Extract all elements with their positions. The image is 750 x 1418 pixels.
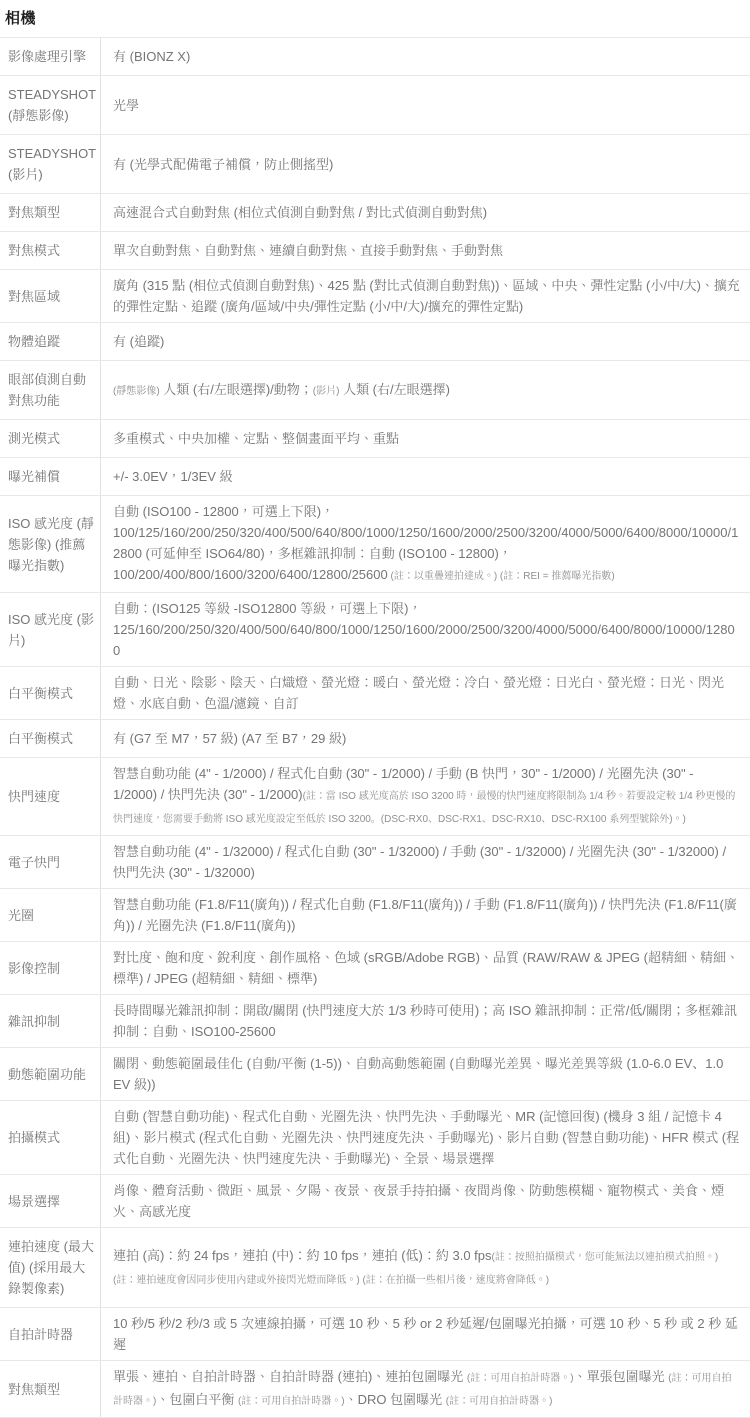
spec-label: 雜訊抑制	[0, 995, 100, 1047]
spec-value: 有 (G7 至 M7，57 級) (A7 至 B7，29 級)	[100, 720, 750, 757]
spec-row: 物體追蹤有 (追蹤)	[0, 323, 750, 361]
spec-label: 白平衡模式	[0, 720, 100, 757]
spec-row: 對焦類型單張、連拍、自拍計時器、自拍計時器 (連拍)、連拍包圍曝光 (註：可用自…	[0, 1361, 750, 1418]
spec-value: (靜態影像) 人類 (右/左眼選擇)/動物；(影片) 人類 (右/左眼選擇)	[100, 361, 750, 419]
spec-value: 自動 (ISO100 - 12800，可選上下限)，100/125/160/20…	[100, 496, 750, 592]
spec-label: 連拍速度 (最大值) (採用最大 錄製像素)	[0, 1228, 100, 1307]
spec-value: 自動：(ISO125 等級 -ISO12800 等級，可選上下限)，125/16…	[100, 593, 750, 666]
spec-value: 單張、連拍、自拍計時器、自拍計時器 (連拍)、連拍包圍曝光 (註：可用自拍計時器…	[100, 1361, 750, 1417]
spec-row: 連拍速度 (最大值) (採用最大 錄製像素)連拍 (高)：約 24 fps，連拍…	[0, 1228, 750, 1308]
spec-value: 智慧自動功能 (4" - 1/2000) / 程式化自動 (30" - 1/20…	[100, 758, 750, 835]
spec-value: 關閉、動態範圍最佳化 (自動/平衡 (1-5))、自動高動態範圍 (自動曝光差異…	[100, 1048, 750, 1100]
spec-value: 有 (追蹤)	[100, 323, 750, 360]
spec-row: 對焦區域廣角 (315 點 (相位式偵測自動對焦)、425 點 (對比式偵測自動…	[0, 270, 750, 323]
spec-row: 光圈智慧自動功能 (F1.8/F11(廣角)) / 程式化自動 (F1.8/F1…	[0, 889, 750, 942]
spec-row: ISO 感光度 (影片)自動：(ISO125 等級 -ISO12800 等級，可…	[0, 593, 750, 667]
spec-row: 測光模式多重模式、中央加權、定點、整個畫面平均、重點	[0, 420, 750, 458]
spec-label: 影像處理引擎	[0, 38, 100, 75]
spec-value: 光學	[100, 76, 750, 134]
spec-row: 眼部偵測自動對焦功能(靜態影像) 人類 (右/左眼選擇)/動物；(影片) 人類 …	[0, 361, 750, 420]
spec-row: ISO 感光度 (靜態影像) (推薦曝光指數)自動 (ISO100 - 1280…	[0, 496, 750, 593]
spec-label: 對焦類型	[0, 194, 100, 231]
spec-value: 有 (BIONZ X)	[100, 38, 750, 75]
spec-label: STEADYSHOT (影片)	[0, 135, 100, 193]
spec-row: 場景選擇肖像、體育活動、微距、風景、夕陽、夜景、夜景手持拍攝、夜間肖像、防動態模…	[0, 1175, 750, 1228]
spec-label: 測光模式	[0, 420, 100, 457]
spec-value: 有 (光學式配備電子補償，防止側搖型)	[100, 135, 750, 193]
spec-label: STEADYSHOT (靜態影像)	[0, 76, 100, 134]
spec-row: 白平衡模式有 (G7 至 M7，57 級) (A7 至 B7，29 級)	[0, 720, 750, 758]
spec-row: 影像控制對比度、飽和度、銳利度、創作風格、色域 (sRGB/Adobe RGB)…	[0, 942, 750, 995]
spec-value: 高速混合式自動對焦 (相位式偵測自動對焦 / 對比式偵測自動對焦)	[100, 194, 750, 231]
spec-label: ISO 感光度 (影片)	[0, 593, 100, 666]
spec-label: 眼部偵測自動對焦功能	[0, 361, 100, 419]
spec-table: 影像處理引擎有 (BIONZ X)STEADYSHOT (靜態影像)光學STEA…	[0, 37, 750, 1418]
spec-value: 智慧自動功能 (F1.8/F11(廣角)) / 程式化自動 (F1.8/F11(…	[100, 889, 750, 941]
spec-label: 快門速度	[0, 758, 100, 835]
spec-row: 對焦類型高速混合式自動對焦 (相位式偵測自動對焦 / 對比式偵測自動對焦)	[0, 194, 750, 232]
spec-label: 光圈	[0, 889, 100, 941]
spec-row: 白平衡模式自動、日光、陰影、陰天、白熾燈、螢光燈：暖白、螢光燈：冷白、螢光燈：日…	[0, 667, 750, 720]
spec-label: 影像控制	[0, 942, 100, 994]
spec-value: 自動、日光、陰影、陰天、白熾燈、螢光燈：暖白、螢光燈：冷白、螢光燈：日光白、螢光…	[100, 667, 750, 719]
spec-row: 電子快門智慧自動功能 (4" - 1/32000) / 程式化自動 (30" -…	[0, 836, 750, 889]
spec-label: 拍攝模式	[0, 1101, 100, 1174]
spec-row: 曝光補償+/- 3.0EV，1/3EV 級	[0, 458, 750, 496]
spec-value: 單次自動對焦、自動對焦、連續自動對焦、直接手動對焦、手動對焦	[100, 232, 750, 269]
spec-value: 多重模式、中央加權、定點、整個畫面平均、重點	[100, 420, 750, 457]
spec-row: 雜訊抑制長時間曝光雜訊抑制：開啟/關閉 (快門速度大於 1/3 秒時可使用)；高…	[0, 995, 750, 1048]
spec-label: 電子快門	[0, 836, 100, 888]
spec-row: 拍攝模式自動 (智慧自動功能)、程式化自動、光圈先決、快門先決、手動曝光、MR …	[0, 1101, 750, 1175]
spec-value: 廣角 (315 點 (相位式偵測自動對焦)、425 點 (對比式偵測自動對焦))…	[100, 270, 750, 322]
spec-page: 相機 影像處理引擎有 (BIONZ X)STEADYSHOT (靜態影像)光學S…	[0, 0, 750, 1418]
spec-row: 自拍計時器10 秒/5 秒/2 秒/3 或 5 次連線拍攝，可選 10 秒、5 …	[0, 1308, 750, 1361]
spec-row: STEADYSHOT (靜態影像)光學	[0, 76, 750, 135]
spec-label: 物體追蹤	[0, 323, 100, 360]
spec-value: +/- 3.0EV，1/3EV 級	[100, 458, 750, 495]
spec-row: 快門速度智慧自動功能 (4" - 1/2000) / 程式化自動 (30" - …	[0, 758, 750, 836]
spec-value: 智慧自動功能 (4" - 1/32000) / 程式化自動 (30" - 1/3…	[100, 836, 750, 888]
spec-value: 肖像、體育活動、微距、風景、夕陽、夜景、夜景手持拍攝、夜間肖像、防動態模糊、寵物…	[100, 1175, 750, 1227]
spec-label: 對焦模式	[0, 232, 100, 269]
spec-row: 影像處理引擎有 (BIONZ X)	[0, 38, 750, 76]
spec-value: 對比度、飽和度、銳利度、創作風格、色域 (sRGB/Adobe RGB)、品質 …	[100, 942, 750, 994]
spec-label: 自拍計時器	[0, 1308, 100, 1360]
spec-row: STEADYSHOT (影片)有 (光學式配備電子補償，防止側搖型)	[0, 135, 750, 194]
spec-value: 10 秒/5 秒/2 秒/3 或 5 次連線拍攝，可選 10 秒、5 秒 or …	[100, 1308, 750, 1360]
spec-label: 白平衡模式	[0, 667, 100, 719]
spec-label: ISO 感光度 (靜態影像) (推薦曝光指數)	[0, 496, 100, 592]
page-title: 相機	[0, 0, 750, 37]
spec-label: 場景選擇	[0, 1175, 100, 1227]
spec-label: 動態範圍功能	[0, 1048, 100, 1100]
spec-label: 對焦類型	[0, 1361, 100, 1417]
spec-value: 連拍 (高)：約 24 fps，連拍 (中)：約 10 fps，連拍 (低)：約…	[100, 1228, 750, 1307]
spec-label: 曝光補償	[0, 458, 100, 495]
spec-row: 動態範圍功能關閉、動態範圍最佳化 (自動/平衡 (1-5))、自動高動態範圍 (…	[0, 1048, 750, 1101]
spec-value: 長時間曝光雜訊抑制：開啟/關閉 (快門速度大於 1/3 秒時可使用)；高 ISO…	[100, 995, 750, 1047]
spec-label: 對焦區域	[0, 270, 100, 322]
spec-row: 對焦模式單次自動對焦、自動對焦、連續自動對焦、直接手動對焦、手動對焦	[0, 232, 750, 270]
spec-value: 自動 (智慧自動功能)、程式化自動、光圈先決、快門先決、手動曝光、MR (記憶回…	[100, 1101, 750, 1174]
